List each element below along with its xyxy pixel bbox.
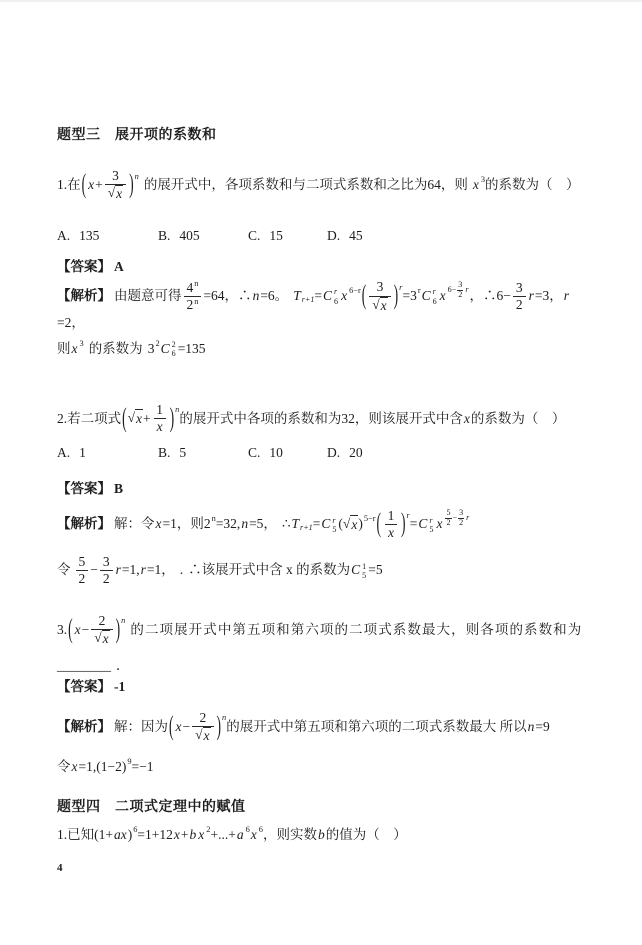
solution-label: 【解析】 xyxy=(57,287,111,305)
option-value: 15 xyxy=(269,227,283,245)
left-paren-expr: (1+ xyxy=(94,826,113,844)
exp-text: 6− xyxy=(448,285,457,296)
question-2: 2.若二项式 ( √x + 1x ) n 的展开式中各项的系数和为32，则该展开… xyxy=(57,395,596,442)
plus-sign: + xyxy=(181,826,189,844)
sub-5: 5 xyxy=(362,571,366,580)
sqrt-symbol: √ xyxy=(195,727,202,744)
answer-label: 【答案】 xyxy=(57,480,111,498)
radicand: x xyxy=(350,515,358,534)
radicand: x xyxy=(135,409,143,428)
equation-text: =1+12 xyxy=(137,826,172,844)
var-r: r xyxy=(116,561,121,579)
period: ． xyxy=(116,657,130,675)
binom-indices: r6 xyxy=(334,287,338,305)
option-value: 5 xyxy=(179,444,186,462)
q2-number-text: 2.若二项式 xyxy=(57,410,121,428)
answer-label: 【答案】 xyxy=(57,258,111,276)
exponent-n: n xyxy=(135,171,139,182)
exp-n: n xyxy=(194,297,198,306)
base: 2 xyxy=(187,297,194,312)
equation-text: =3， xyxy=(535,287,563,305)
sol-text: 解：令 xyxy=(114,515,155,533)
var-x: x xyxy=(156,515,162,533)
sub-6: 6 xyxy=(433,297,437,306)
num: 2 xyxy=(196,710,209,726)
binom-indices: 15 xyxy=(362,562,366,580)
var-T: T xyxy=(292,515,300,533)
q2-tail-text: 的系数为（ ） xyxy=(471,410,566,428)
sqrt-expression: √x xyxy=(343,515,358,534)
var-x: x xyxy=(464,410,470,428)
den: 2 xyxy=(100,570,113,587)
fraction-4n-over-2n: 4n 2n xyxy=(184,280,202,313)
num: 1 xyxy=(153,402,166,418)
option-value: 1 xyxy=(79,444,86,462)
var-b: b xyxy=(318,826,325,844)
solution-label: 【解析】 xyxy=(57,515,111,533)
exponent-6: 6 xyxy=(259,824,263,835)
option-d: D.45 xyxy=(327,227,363,245)
equation-text: =2， xyxy=(57,314,85,332)
q2-solution-line1: 【解析】 解：令 x=1，则2n=32, n=5， ∴ Tr+1 = Cr5 (… xyxy=(57,502,596,548)
subscript-r1: r+1 xyxy=(302,295,315,306)
sol-text: ∴该展开式中含 x 的系数为 xyxy=(188,561,350,579)
num: 3 xyxy=(458,509,464,517)
num: 3 xyxy=(513,280,526,296)
sqrt-expression: √x xyxy=(372,297,387,314)
right-paren: ) xyxy=(394,277,399,314)
minus-sign: − xyxy=(183,718,191,736)
sqrt-expression: √x xyxy=(94,630,109,647)
question-4-1: 1.已知 (1+ax)6 =1+12x+bx2 +...+a6x6 ，则实数b的… xyxy=(57,822,596,848)
var-x: x xyxy=(72,758,78,776)
fraction-3-over-2: 32 xyxy=(513,280,526,313)
option-c: C.15 xyxy=(248,227,327,245)
sol-text: 令 xyxy=(57,561,71,579)
q2-answer: 【答案】 B xyxy=(57,480,596,498)
minus-sign: − xyxy=(82,621,90,639)
sup-r: r xyxy=(334,287,337,296)
answer-value: A xyxy=(114,258,124,276)
tiny-fraction: 32 xyxy=(457,281,463,299)
equation-text: =1，则2 xyxy=(163,515,211,533)
plus-sign: + xyxy=(95,176,103,194)
dots: +...+ xyxy=(210,826,235,844)
binom-indices: 26 xyxy=(172,340,176,358)
exponent-n: n xyxy=(222,712,226,723)
q2-solution-line2: 令 52 − 32 r=1, r=1， . ∴该展开式中含 x 的系数为 C15… xyxy=(57,551,596,591)
sqrt-expression: √x xyxy=(195,727,210,744)
right-paren: ) xyxy=(116,611,121,648)
sol-text: 的系数为 xyxy=(89,340,143,358)
answer-value: B xyxy=(114,480,123,498)
tiny-fraction: 52 xyxy=(445,509,451,527)
exponent-r: r xyxy=(399,282,402,293)
right-paren: ) xyxy=(128,826,133,844)
sup-r: r xyxy=(429,516,432,525)
sqrt-expression: √x xyxy=(128,409,143,428)
sqrt-expression: √x xyxy=(108,185,123,202)
sol-text: 解：因为 xyxy=(114,718,168,736)
sup-r: r xyxy=(332,516,335,525)
equation-text: =32, xyxy=(216,515,241,533)
den: √x xyxy=(192,726,213,744)
section-heading-4: 题型四 二项式定理中的赋值 xyxy=(57,797,596,816)
den: x xyxy=(154,418,166,435)
equals: = xyxy=(410,515,418,533)
section-heading-3: 题型三 展开项的系数和 xyxy=(57,125,596,144)
var-x: x xyxy=(473,176,479,194)
sqrt-symbol: √ xyxy=(343,515,350,534)
sup-1: 1 xyxy=(362,562,366,571)
equals: = xyxy=(314,287,322,305)
option-label: D. xyxy=(327,227,340,245)
therefore-sign: ∴ xyxy=(282,515,291,533)
equation-text: =6。 xyxy=(260,287,288,305)
q2-options: A.1 B.5 C.10 D.20 xyxy=(57,444,596,462)
var-x: x xyxy=(72,340,78,358)
var-r: r xyxy=(564,287,569,305)
option-label: A. xyxy=(57,444,70,462)
q1-options: A.135 B.405 C.15 D.45 xyxy=(57,227,596,245)
plus-sign: + xyxy=(143,410,151,428)
coef-3: 3 xyxy=(148,340,155,358)
q1-text: 的展开式中，各项系数和与二项式系数和之比为64，则 xyxy=(144,176,468,194)
fraction-2-over-sqrt-x: 2 √x xyxy=(91,613,112,647)
sqrt-symbol: √ xyxy=(128,409,135,428)
exp-n: n xyxy=(194,279,198,288)
q-text: ，则实数 xyxy=(263,826,317,844)
var-C: C xyxy=(351,561,360,579)
left-paren: ( xyxy=(362,277,367,314)
equation-text: =−1 xyxy=(132,758,154,776)
option-label: D. xyxy=(327,444,340,462)
exponent-9: 9 xyxy=(127,756,131,767)
compound-exponent: 52−32r xyxy=(444,509,470,527)
den: 2 xyxy=(76,570,89,587)
frac-numerator: 3 xyxy=(374,279,387,295)
q3-solution-line1: 【解析】 解：因为 ( x − 2 √x ) n 的展开式中第五项和第六项的二项… xyxy=(57,703,596,751)
option-d: D.20 xyxy=(327,444,363,462)
fraction-2-over-sqrt-x: 2 √x xyxy=(192,710,213,744)
page-number: 4 xyxy=(57,861,63,876)
sqrt-symbol: √ xyxy=(372,297,379,314)
var-x: x xyxy=(440,287,446,305)
sub-6: 6 xyxy=(334,297,338,306)
var-C: C xyxy=(321,515,330,533)
right-paren: ) xyxy=(358,515,363,533)
question-1: 1.在 ( x + 3 √x ) n 的展开式中，各项系数和与二项式系数和之比为… xyxy=(57,162,596,209)
option-c: C.10 xyxy=(248,444,327,462)
sub-5: 5 xyxy=(429,525,433,534)
den: √x xyxy=(91,629,112,647)
answer-value: -1 xyxy=(114,678,125,696)
sol-text: 令 xyxy=(57,758,71,776)
radicand: x xyxy=(102,630,110,647)
exponent-3: 3 xyxy=(481,174,485,185)
exponent-2: 2 xyxy=(206,824,210,835)
option-a: A.1 xyxy=(57,444,158,462)
fraction-1-over-x: 1x xyxy=(384,508,398,541)
var-x: x xyxy=(75,621,81,639)
var-ax: ax xyxy=(114,826,127,844)
q3-number-text: 3. xyxy=(57,621,67,639)
solution-label: 【解析】 xyxy=(57,718,111,736)
equation-text: =64，∴ xyxy=(203,287,251,305)
sol-text: 的展开式中第五项和第六项的二项式系数最大 所以 xyxy=(226,718,526,736)
left-paren: ( xyxy=(68,611,73,648)
equation-text: =1, xyxy=(79,758,97,776)
minus: − xyxy=(453,513,458,524)
fraction-3-over-sqrt-x: 3 √x xyxy=(369,279,390,313)
den: x xyxy=(385,524,397,541)
frac-denominator: 2n xyxy=(184,296,202,313)
answer-blank: ________ xyxy=(57,657,111,675)
var-x: x xyxy=(176,718,182,736)
sub-5: 5 xyxy=(332,525,336,534)
right-paren: ) xyxy=(170,400,175,437)
option-value: 20 xyxy=(349,444,363,462)
compound-exponent: 6−32r xyxy=(448,281,470,299)
frac-numerator: 4n xyxy=(184,280,202,296)
var-a: a xyxy=(237,826,244,844)
var-n: n xyxy=(528,718,535,736)
num: 5 xyxy=(76,554,89,570)
right-paren: ) xyxy=(129,166,134,203)
q-number-text: 1.已知 xyxy=(57,826,94,844)
num: 5 xyxy=(445,509,451,517)
option-label: C. xyxy=(248,227,260,245)
exponent-2: 2 xyxy=(155,338,159,349)
q-tail-text: 的值为（ ） xyxy=(326,826,407,844)
exponent: 5−r xyxy=(364,513,376,524)
fraction-3-over-sqrt-x: 3 √x xyxy=(105,168,126,202)
equation-text: =135 xyxy=(178,340,206,358)
radicand: x xyxy=(203,727,211,744)
var-x: x xyxy=(436,515,442,533)
option-value: 405 xyxy=(179,227,199,245)
var-r: r xyxy=(141,561,146,579)
exponent-r: r xyxy=(407,510,410,521)
left-paren: ( xyxy=(169,708,174,745)
left-paren: ( xyxy=(122,400,127,437)
paren-expression: (1−2) xyxy=(96,758,126,776)
option-value: 45 xyxy=(349,227,363,245)
tiny-fraction: 32 xyxy=(458,509,464,527)
exponent-n: n xyxy=(212,513,216,524)
num: 3 xyxy=(457,281,463,289)
den: 2 xyxy=(458,518,464,527)
exponent-n: n xyxy=(175,404,179,415)
equation-text: =5 xyxy=(368,561,382,579)
option-label: C. xyxy=(248,444,260,462)
option-a: A.135 xyxy=(57,227,158,245)
exponent: 6−r xyxy=(349,285,361,296)
q1-tail-text: 的系数为（ ） xyxy=(485,176,580,194)
equation-text: =5， xyxy=(249,515,277,533)
num: 2 xyxy=(96,613,109,629)
answer-label: 【答案】 xyxy=(57,678,111,696)
sol-text: 由题意可得 xyxy=(114,287,182,305)
minus: − xyxy=(90,561,98,579)
coef-3: 3 xyxy=(410,287,417,305)
sol-text: 则 xyxy=(57,340,71,358)
left-paren: ( xyxy=(82,166,87,203)
q1-solution-line2: 则 x3 的系数为 32 C26 =135 xyxy=(57,340,596,358)
binom-indices: r5 xyxy=(332,516,336,534)
var-b: b xyxy=(190,826,197,844)
q1-solution-line1: 【解析】 由题意可得 4n 2n =64，∴n=6。 Tr+1 = Cr6 x6… xyxy=(57,279,596,332)
option-label: B. xyxy=(158,444,170,462)
option-label: B. xyxy=(158,227,170,245)
option-b: B.405 xyxy=(158,227,248,245)
var-T: T xyxy=(293,287,301,305)
var-C: C xyxy=(161,340,170,358)
equation-text: =9 xyxy=(535,718,549,736)
option-label: A. xyxy=(57,227,70,245)
sub-6: 6 xyxy=(172,349,176,358)
exp-r: r xyxy=(466,513,469,524)
q3-blank-line: ________ ． xyxy=(57,657,596,675)
question-3: 3. ( x − 2 √x ) n 的二项展开式中第五项和第六项的二项式系数最大… xyxy=(57,607,596,654)
equation-text: =1, xyxy=(122,561,140,579)
q1-number-text: 1.在 xyxy=(57,176,81,194)
option-b: B.5 xyxy=(158,444,248,462)
sup-r: r xyxy=(433,287,436,296)
equation-text: ，∴6− xyxy=(470,287,511,305)
document-page: 题型三 展开项的系数和 1.在 ( x + 3 √x ) n 的展开式中，各项系… xyxy=(0,0,642,945)
q1-answer: 【答案】 A xyxy=(57,258,596,276)
subscript-r1: r+1 xyxy=(300,523,313,534)
frac-denominator: √x xyxy=(369,296,390,314)
var-x: x xyxy=(251,826,257,844)
q2-text: 的展开式中各项的系数和为32，则该展开式中含 xyxy=(179,410,463,428)
var-C: C xyxy=(418,515,427,533)
base: 4 xyxy=(187,280,194,295)
var-n: n xyxy=(241,515,248,533)
period: . xyxy=(180,561,183,579)
var-x: x xyxy=(88,176,94,194)
den: 2 xyxy=(457,290,463,299)
binom-indices: r6 xyxy=(433,287,437,305)
frac-numerator: 3 xyxy=(109,168,122,184)
frac-denominator: √x xyxy=(105,184,126,202)
option-value: 135 xyxy=(79,227,99,245)
var-C: C xyxy=(422,287,431,305)
q3-solution-line2: 令 x=1, (1−2)9 =−1 xyxy=(57,758,596,776)
fraction-5-over-2: 52 xyxy=(76,554,89,587)
num: 1 xyxy=(385,508,398,524)
exponent-6: 6 xyxy=(246,824,250,835)
left-paren: ( xyxy=(377,506,382,543)
var-x: x xyxy=(341,287,347,305)
var-n: n xyxy=(253,287,260,305)
equals: = xyxy=(402,287,410,305)
q3-text: 的二项展开式中第五项和第六项的二项式系数最大，则各项的系数和为 xyxy=(130,621,582,639)
right-paren: ) xyxy=(401,506,406,543)
exponent-6: 6 xyxy=(133,824,137,835)
sqrt-symbol: √ xyxy=(94,630,101,647)
var-r: r xyxy=(529,287,534,305)
option-value: 10 xyxy=(269,444,283,462)
var-x: x xyxy=(198,826,204,844)
num: 3 xyxy=(100,554,113,570)
exponent-r: r xyxy=(418,285,421,296)
exp-r: r xyxy=(465,285,468,296)
exponent-3: 3 xyxy=(80,338,84,349)
right-paren: ) xyxy=(217,708,222,745)
exponent-n: n xyxy=(121,615,125,626)
var-C: C xyxy=(323,287,332,305)
q3-answer: 【答案】 -1 xyxy=(57,678,596,696)
radicand: x xyxy=(115,185,123,202)
equals: = xyxy=(313,515,321,533)
var-x: x xyxy=(174,826,180,844)
equation-text: =1， xyxy=(147,561,175,579)
den: 2 xyxy=(445,518,451,527)
radicand: x xyxy=(380,297,388,314)
sqrt-symbol: √ xyxy=(108,185,115,202)
fraction-1-over-x: 1x xyxy=(153,402,167,435)
binom-indices: r5 xyxy=(429,516,433,534)
fraction-3-over-2: 32 xyxy=(100,554,113,587)
sup-2: 2 xyxy=(172,340,176,349)
den: 2 xyxy=(513,296,526,313)
